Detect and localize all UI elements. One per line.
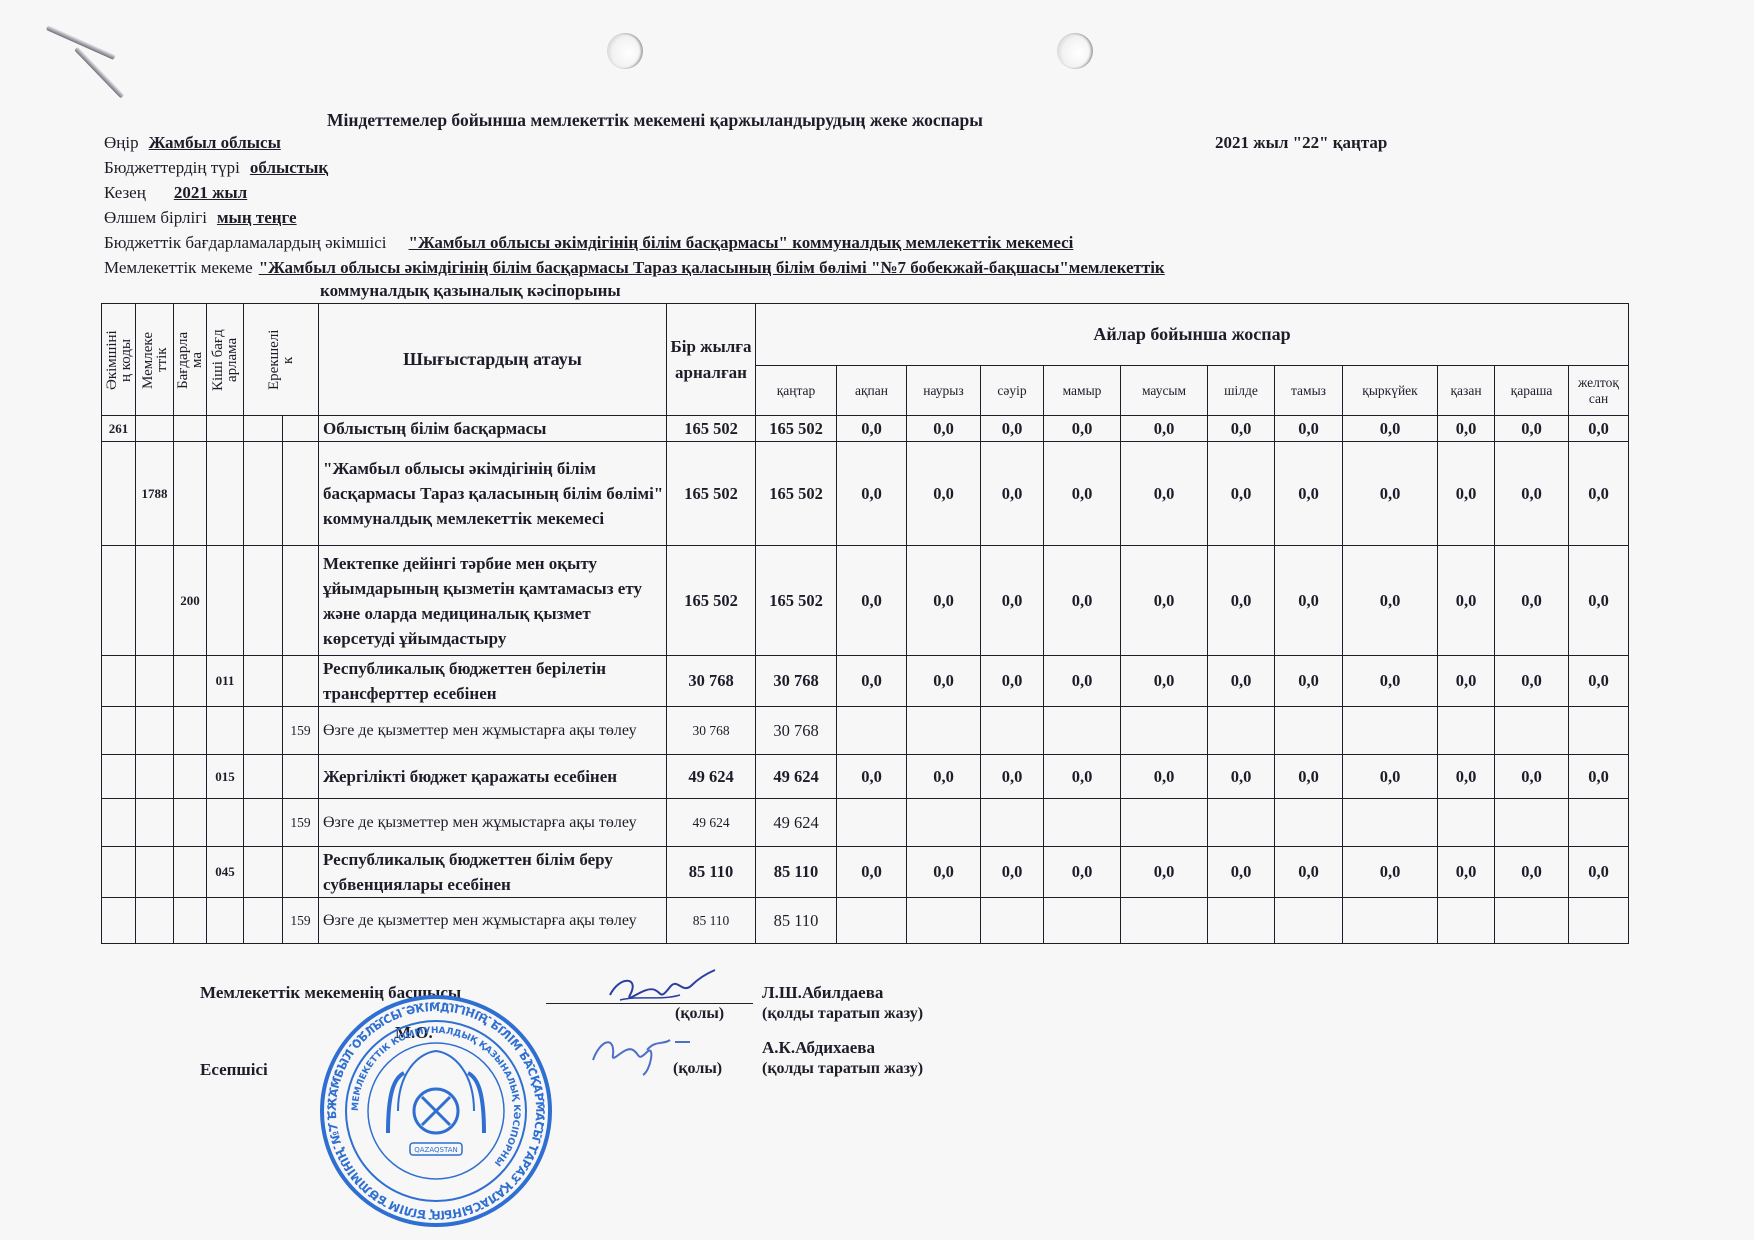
cell-expense-name: Республикалық бюджеттен берілетін трансф… [319, 656, 667, 707]
head-name-caption: (қолды таратып жазу) [762, 1005, 923, 1023]
field-label: Өңір [104, 133, 139, 152]
cell-admin-code [102, 707, 136, 755]
cell-month-value [1569, 707, 1629, 755]
cell-month-value: 165 502 [756, 546, 837, 656]
cell-month-value [1438, 799, 1495, 847]
field-period: Кезең2021 жыл [104, 183, 247, 203]
cell-month-value: 0,0 [907, 442, 981, 546]
cell-state-institution [136, 799, 174, 847]
cell-admin-code [102, 755, 136, 799]
cell-annual: 30 768 [667, 656, 756, 707]
cell-specific [283, 416, 319, 442]
cell-month-value: 0,0 [907, 416, 981, 442]
cell-spacer [244, 799, 283, 847]
cell-admin-code [102, 847, 136, 898]
table-row: 159Өзге де қызметтер мен жұмыстарға ақы … [102, 898, 1629, 944]
field-label: Бюджеттердің түрі [104, 158, 240, 177]
field-label: Бюджеттік бағдарламалардың әкімшісі [104, 233, 387, 252]
cell-month-value: 0,0 [1495, 442, 1569, 546]
cell-program [174, 799, 207, 847]
cell-month-value [837, 707, 907, 755]
field-label: Өлшем бірлігі [104, 208, 207, 227]
table-row: 159Өзге де қызметтер мен жұмыстарға ақы … [102, 707, 1629, 755]
header-state-institution: Мемлеке ттік [136, 304, 174, 416]
cell-month-value: 0,0 [981, 755, 1044, 799]
cell-expense-name: Республикалық бюджеттен білім беру субве… [319, 847, 667, 898]
cell-month-value: 0,0 [1343, 755, 1438, 799]
table-row: 045Республикалық бюджеттен білім беру су… [102, 847, 1629, 898]
cell-month-value: 0,0 [1569, 847, 1629, 898]
cell-month-value [1044, 898, 1121, 944]
cell-state-institution [136, 416, 174, 442]
cell-month-value [981, 799, 1044, 847]
cell-program [174, 707, 207, 755]
cell-month-value [1569, 799, 1629, 847]
cell-spacer [244, 416, 283, 442]
cell-expense-name: "Жамбыл облысы әкімдігінің білім басқарм… [319, 442, 667, 546]
cell-spacer [244, 847, 283, 898]
cell-month-value: 0,0 [1044, 416, 1121, 442]
cell-month-value: 0,0 [1343, 546, 1438, 656]
cell-state-institution [136, 707, 174, 755]
cell-annual: 85 110 [667, 847, 756, 898]
cell-subprogram [207, 707, 244, 755]
field-value: Жамбыл облысы [149, 133, 281, 152]
header-month: маусым [1121, 366, 1208, 416]
cell-month-value [1275, 898, 1343, 944]
cell-month-value: 30 768 [756, 656, 837, 707]
cell-month-value [907, 799, 981, 847]
cell-annual: 49 624 [667, 755, 756, 799]
cell-annual: 85 110 [667, 898, 756, 944]
cell-month-value [981, 898, 1044, 944]
cell-month-value [1438, 707, 1495, 755]
header-admin-code: Әкімшіні ң коды [102, 304, 136, 416]
cell-month-value: 0,0 [1208, 546, 1275, 656]
cell-month-value: 30 768 [756, 707, 837, 755]
cell-month-value: 0,0 [1275, 847, 1343, 898]
header-month: қыркүйек [1343, 366, 1438, 416]
cell-annual: 30 768 [667, 707, 756, 755]
cell-month-value: 0,0 [1275, 442, 1343, 546]
cell-month-value [1208, 799, 1275, 847]
cell-month-value [837, 799, 907, 847]
cell-state-institution [136, 847, 174, 898]
document-title: Міндеттемелер бойынша мемлекеттік мекеме… [327, 110, 983, 131]
cell-spacer [244, 707, 283, 755]
header-month: желтоқсан [1569, 366, 1629, 416]
cell-month-value: 0,0 [1121, 755, 1208, 799]
header-month: наурыз [907, 366, 981, 416]
header-subprogram: Кіші бағд арлама [207, 304, 244, 416]
cell-specific [283, 847, 319, 898]
cell-month-value [1343, 707, 1438, 755]
cell-expense-name: Жергілікті бюджет қаражаты есебінен [319, 755, 667, 799]
cell-month-value: 0,0 [1208, 847, 1275, 898]
cell-subprogram: 011 [207, 656, 244, 707]
table-row: 1788"Жамбыл облысы әкімдігінің білім бас… [102, 442, 1629, 546]
cell-month-value: 0,0 [1438, 546, 1495, 656]
cell-month-value: 0,0 [1208, 755, 1275, 799]
punch-hole [1057, 33, 1093, 69]
cell-month-value: 0,0 [1275, 416, 1343, 442]
cell-month-value [1121, 707, 1208, 755]
cell-month-value [1275, 799, 1343, 847]
cell-subprogram [207, 416, 244, 442]
cell-month-value: 0,0 [1208, 416, 1275, 442]
cell-month-value: 0,0 [1569, 656, 1629, 707]
head-signature [600, 965, 720, 1015]
cell-month-value: 0,0 [1495, 546, 1569, 656]
field-program-admin: Бюджеттік бағдарламалардың әкімшісі"Жамб… [104, 233, 1073, 253]
cell-month-value: 165 502 [756, 416, 837, 442]
cell-specific [283, 656, 319, 707]
cell-month-value: 0,0 [907, 546, 981, 656]
cell-month-value: 0,0 [981, 442, 1044, 546]
cell-state-institution: 1788 [136, 442, 174, 546]
cell-month-value: 165 502 [756, 442, 837, 546]
cell-month-value: 0,0 [837, 442, 907, 546]
cell-month-value: 49 624 [756, 799, 837, 847]
document-date: 2021 жыл "22" қаңтар [1215, 133, 1387, 153]
cell-month-value: 0,0 [1121, 847, 1208, 898]
cell-annual: 165 502 [667, 416, 756, 442]
cell-month-value: 0,0 [1121, 442, 1208, 546]
cell-month-value: 0,0 [1208, 442, 1275, 546]
cell-month-value: 0,0 [1044, 755, 1121, 799]
cell-subprogram [207, 898, 244, 944]
header-month: сәуір [981, 366, 1044, 416]
cell-program [174, 898, 207, 944]
cell-program [174, 656, 207, 707]
cell-month-value [1495, 707, 1569, 755]
cell-month-value: 0,0 [1208, 656, 1275, 707]
cell-month-value: 0,0 [1121, 546, 1208, 656]
field-label: Мемлекеттік мекеме [104, 258, 253, 277]
cell-month-value: 0,0 [1343, 656, 1438, 707]
cell-month-value: 0,0 [1343, 847, 1438, 898]
header-month: шілде [1208, 366, 1275, 416]
header-month: қазан [1438, 366, 1495, 416]
cell-month-value: 0,0 [837, 847, 907, 898]
field-value: "Жамбыл облысы әкімдігінің білім басқарм… [259, 258, 1165, 277]
cell-month-value [1044, 799, 1121, 847]
cell-specific: 159 [283, 898, 319, 944]
cell-annual: 49 624 [667, 799, 756, 847]
official-seal: ЖАМБЫЛ ОБЛЫСЫ ӘКІМДІГІНІҢ БІЛІМ БАСҚАРМА… [318, 993, 554, 1229]
head-name: Л.Ш.Абилдаева [762, 983, 883, 1003]
cell-month-value: 85 110 [756, 898, 837, 944]
cell-month-value [837, 898, 907, 944]
table-row: 261Облыстың білім басқармасы165 502165 5… [102, 416, 1629, 442]
cell-month-value: 0,0 [837, 546, 907, 656]
cell-month-value: 0,0 [981, 546, 1044, 656]
cell-month-value [1343, 799, 1438, 847]
cell-month-value: 0,0 [1495, 656, 1569, 707]
table-row: 015Жергілікті бюджет қаражаты есебінен49… [102, 755, 1629, 799]
cell-month-value: 0,0 [837, 755, 907, 799]
table-row: 200Мектепке дейінгі тәрбие мен оқыту ұйы… [102, 546, 1629, 656]
financing-plan-table: Әкімшіні ң коды Мемлеке ттік Бағдарла ма… [101, 303, 1629, 944]
cell-state-institution [136, 755, 174, 799]
cell-month-value: 0,0 [981, 656, 1044, 707]
cell-month-value: 0,0 [981, 847, 1044, 898]
field-label: Кезең [104, 183, 146, 202]
header-month: қаңтар [756, 366, 837, 416]
accountant-label: Есепшісі [200, 1060, 268, 1080]
cell-program [174, 847, 207, 898]
cell-month-value [1044, 707, 1121, 755]
header-month: тамыз [1275, 366, 1343, 416]
cell-month-value: 85 110 [756, 847, 837, 898]
cell-expense-name: Өзге де қызметтер мен жұмыстарға ақы төл… [319, 707, 667, 755]
accountant-name-caption: (қолды таратып жазу) [762, 1060, 923, 1078]
cell-annual: 165 502 [667, 546, 756, 656]
cell-month-value: 0,0 [1495, 416, 1569, 442]
field-value: облыстық [250, 158, 328, 177]
staple-mark [74, 47, 124, 99]
header-annual: Бір жылға арналған [667, 304, 756, 416]
field-institution: Мемлекеттік мекеме"Жамбыл облысы әкімдіг… [104, 258, 1165, 278]
cell-month-value: 0,0 [907, 847, 981, 898]
cell-month-value: 0,0 [1121, 656, 1208, 707]
cell-program [174, 442, 207, 546]
cell-state-institution [136, 898, 174, 944]
cell-expense-name: Мектепке дейінгі тәрбие мен оқыту ұйымда… [319, 546, 667, 656]
cell-month-value: 0,0 [1569, 442, 1629, 546]
punch-hole [607, 33, 643, 69]
cell-month-value [1275, 707, 1343, 755]
cell-month-value: 49 624 [756, 755, 837, 799]
cell-month-value [1121, 898, 1208, 944]
cell-expense-name: Өзге де қызметтер мен жұмыстарға ақы төл… [319, 898, 667, 944]
cell-subprogram: 045 [207, 847, 244, 898]
cell-month-value [1569, 898, 1629, 944]
svg-text:QAZAQSTAN: QAZAQSTAN [414, 1146, 457, 1154]
cell-month-value: 0,0 [907, 755, 981, 799]
field-region: ӨңірЖамбыл облысы [104, 133, 281, 153]
cell-spacer [244, 656, 283, 707]
header-specific: Ерекшелі к [244, 304, 319, 416]
header-monthly-plan: Айлар бойынша жоспар [756, 304, 1629, 366]
header-program: Бағдарла ма [174, 304, 207, 416]
field-value: мың теңге [217, 208, 297, 227]
cell-month-value: 0,0 [1438, 442, 1495, 546]
cell-month-value: 0,0 [1569, 546, 1629, 656]
cell-month-value: 0,0 [1438, 847, 1495, 898]
cell-expense-name: Өзге де қызметтер мен жұмыстарға ақы төл… [319, 799, 667, 847]
cell-state-institution [136, 656, 174, 707]
cell-month-value [1208, 707, 1275, 755]
cell-admin-code [102, 656, 136, 707]
header-month: ақпан [837, 366, 907, 416]
cell-month-value: 0,0 [1044, 656, 1121, 707]
cell-admin-code [102, 898, 136, 944]
cell-specific: 159 [283, 707, 319, 755]
cell-specific: 159 [283, 799, 319, 847]
cell-subprogram [207, 799, 244, 847]
field-unit: Өлшем бірлігімың теңге [104, 208, 297, 228]
cell-month-value [1438, 898, 1495, 944]
cell-month-value: 0,0 [1495, 847, 1569, 898]
cell-month-value [907, 898, 981, 944]
cell-subprogram: 015 [207, 755, 244, 799]
cell-month-value [1495, 898, 1569, 944]
cell-month-value [1343, 898, 1438, 944]
cell-spacer [244, 898, 283, 944]
cell-month-value: 0,0 [1044, 442, 1121, 546]
field-value: "Жамбыл облысы әкімдігінің білім басқарм… [409, 233, 1074, 252]
header-month: қараша [1495, 366, 1569, 416]
cell-month-value: 0,0 [1495, 755, 1569, 799]
cell-state-institution [136, 546, 174, 656]
cell-expense-name: Облыстың білім басқармасы [319, 416, 667, 442]
field-value: 2021 жыл [174, 183, 247, 202]
cell-admin-code: 261 [102, 416, 136, 442]
cell-specific [283, 442, 319, 546]
cell-month-value [1495, 799, 1569, 847]
table-row: 011Республикалық бюджеттен берілетін тра… [102, 656, 1629, 707]
accountant-signature [585, 1020, 705, 1080]
cell-month-value: 0,0 [1438, 656, 1495, 707]
cell-admin-code [102, 546, 136, 656]
cell-month-value: 0,0 [1343, 442, 1438, 546]
header-expense-name: Шығыстардың атауы [319, 304, 667, 416]
cell-month-value [981, 707, 1044, 755]
cell-month-value: 0,0 [1343, 416, 1438, 442]
cell-month-value [1121, 799, 1208, 847]
cell-subprogram [207, 546, 244, 656]
cell-month-value: 0,0 [1044, 546, 1121, 656]
cell-month-value: 0,0 [1275, 546, 1343, 656]
cell-month-value [1208, 898, 1275, 944]
accountant-name: А.К.Абдихаева [762, 1038, 875, 1058]
cell-program: 200 [174, 546, 207, 656]
cell-month-value [907, 707, 981, 755]
field-budget-type: Бюджеттердің түріоблыстық [104, 158, 328, 178]
cell-annual: 165 502 [667, 442, 756, 546]
cell-month-value: 0,0 [1438, 416, 1495, 442]
header-month: мамыр [1044, 366, 1121, 416]
table-row: 159Өзге де қызметтер мен жұмыстарға ақы … [102, 799, 1629, 847]
cell-subprogram [207, 442, 244, 546]
cell-admin-code [102, 799, 136, 847]
cell-month-value: 0,0 [837, 416, 907, 442]
cell-month-value: 0,0 [1438, 755, 1495, 799]
cell-month-value: 0,0 [1569, 755, 1629, 799]
field-institution-line2: коммуналдық қазыналық кәсіпорыны [320, 281, 621, 301]
cell-month-value: 0,0 [1044, 847, 1121, 898]
cell-month-value: 0,0 [837, 656, 907, 707]
cell-specific [283, 546, 319, 656]
cell-month-value: 0,0 [1275, 656, 1343, 707]
cell-month-value: 0,0 [1121, 416, 1208, 442]
cell-program [174, 416, 207, 442]
cell-program [174, 755, 207, 799]
cell-month-value: 0,0 [1569, 416, 1629, 442]
cell-month-value: 0,0 [981, 416, 1044, 442]
cell-spacer [244, 755, 283, 799]
cell-specific [283, 755, 319, 799]
cell-spacer [244, 546, 283, 656]
cell-spacer [244, 442, 283, 546]
cell-month-value: 0,0 [907, 656, 981, 707]
cell-admin-code [102, 442, 136, 546]
cell-month-value: 0,0 [1275, 755, 1343, 799]
